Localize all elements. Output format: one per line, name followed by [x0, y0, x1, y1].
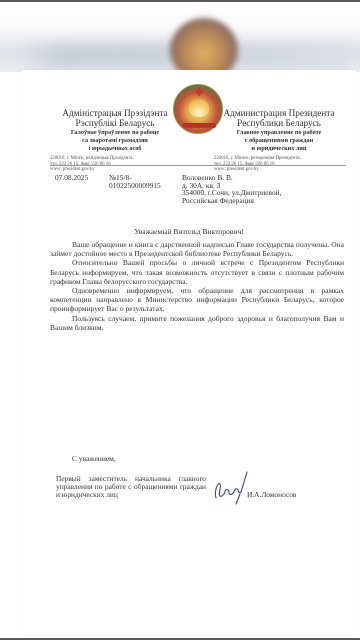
paragraph: Ваше обращение и книга с дарственной над…: [50, 240, 344, 258]
greeting: Уважаемый Витольд Викторович!: [22, 227, 356, 236]
lh-addr-line3: www: president.gov.by: [50, 167, 180, 173]
signer-name: И.А.Ломоносов: [247, 490, 296, 499]
letter-date: 07.08.2025: [55, 174, 88, 182]
signatory-title: Первый заместитель начальника главного у…: [56, 475, 206, 498]
addressee-block: Воловенко В. В. д. 30А, кв. 3 354000, г.…: [182, 174, 281, 204]
ref-line2: 01022500009915: [109, 182, 161, 190]
letter-page: Адміністрацыя Прэзідэнта Рэспублікі Бела…: [22, 70, 356, 635]
emblem-star: [195, 88, 203, 96]
letterhead: Адміністрацыя Прэзідэнта Рэспублікі Бела…: [22, 70, 356, 165]
addressee-line3: Российская Федерация: [182, 197, 281, 205]
lh-title-line2: Рэспублікі Беларусь: [50, 118, 180, 128]
lh-sub-line1: Галоўнае ўпраўленне па рабоце: [50, 129, 180, 136]
letter-body: Ваше обращение и книга с дарственной над…: [50, 240, 344, 332]
lh-sub-line1: Главное управление по работе: [214, 129, 344, 136]
paragraph: Одновременно информируем, что обращение …: [50, 286, 344, 314]
emblem-sun: [189, 99, 209, 117]
lh-sub-line3: и юридических лиц: [214, 145, 344, 152]
signature-icon: [210, 468, 250, 508]
reference-number: №15/8- 01022500009915: [109, 174, 161, 189]
letterhead-divider: [50, 165, 346, 166]
blurred-emblem: [170, 18, 238, 72]
letterhead-belarusian: Адміністрацыя Прэзідэнта Рэспублікі Бела…: [50, 108, 180, 173]
paragraph: Пользуясь случаем, примите пожелания доб…: [50, 314, 344, 332]
emblem-ribbon: [182, 123, 216, 128]
lh-title-line2: Республики Беларусь: [214, 118, 344, 128]
closing: С уважением,: [72, 454, 116, 463]
lh-sub-line3: і юрыдычных асоб: [50, 145, 180, 152]
blurred-background: [0, 2, 360, 72]
paragraph: Относительно Вашей просьбы о личной встр…: [50, 258, 344, 286]
lh-title-line1: Адміністрацыя Прэзідэнта: [50, 108, 180, 118]
lh-sub-line2: с обращениями граждан: [214, 137, 344, 144]
letterhead-russian: Администрация Президента Республики Бела…: [214, 108, 344, 173]
lh-sub-line2: са зваротамі грамадзян: [50, 137, 180, 144]
lh-title-line1: Администрация Президента: [214, 108, 344, 118]
lh-addr-line3: www: president.gov.by: [214, 167, 344, 173]
